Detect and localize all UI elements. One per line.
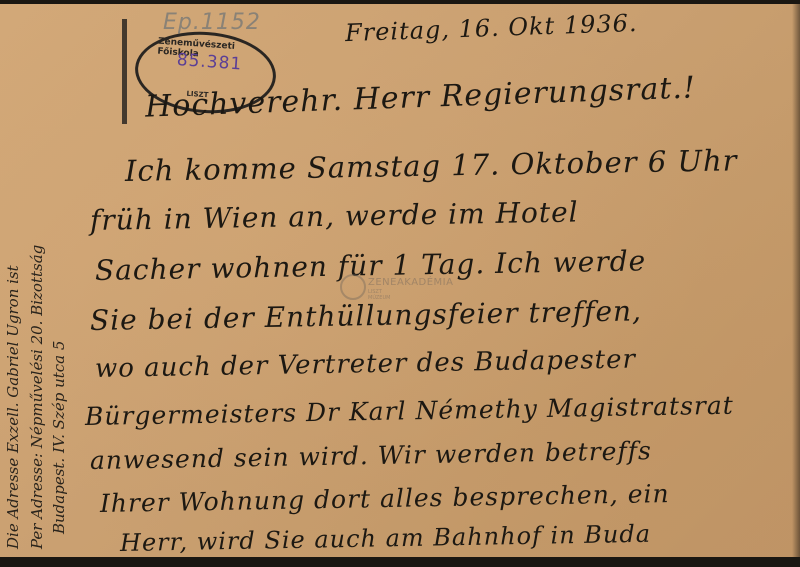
watermark-sub: LISZT MÚZEUM [368,289,390,301]
ink-bracket-mark [122,19,127,124]
margin-note-1: Die Adresse Exzell. Gabriel Ugron ist [4,265,22,549]
body-line-6: Bürgermeisters Dr Karl Némethy Magistrat… [85,391,734,431]
body-line-1: Ich komme Samstag 17. Oktober 6 Uhr [125,143,738,188]
letter-card: Ep.1152 Zeneművészeti Főiskola 85.381 LI… [0,4,800,557]
body-line-8: Ihrer Wohnung dort alles besprechen, ein [100,479,670,518]
margin-note-2: Per Adresse: Népművelési 20. Bizottság [28,245,46,549]
archive-reference: Ep.1152 [163,10,261,35]
card-edge-shadow [792,4,800,557]
date-line: Freitag, 16. Okt 1936. [345,9,638,47]
museum-logo-icon [340,274,366,300]
watermark-name: ZENEAKADÉMIA [368,277,453,288]
margin-note-3: Budapest. IV. Szép utca 5 [50,341,68,534]
body-line-9: Herr, wird Sie auch am Bahnhof in Buda [120,520,652,557]
body-line-4: Sie bei der Enthüllungsfeier treffen, [90,294,642,337]
stamp-number: 85.381 [176,50,243,75]
body-line-5: wo auch der Vertreter des Budapester [95,345,636,384]
body-line-2: früh in Wien an, werde im Hotel [90,195,579,237]
body-line-7: anwesend sein wird. Wir werden betreffs [90,436,652,475]
